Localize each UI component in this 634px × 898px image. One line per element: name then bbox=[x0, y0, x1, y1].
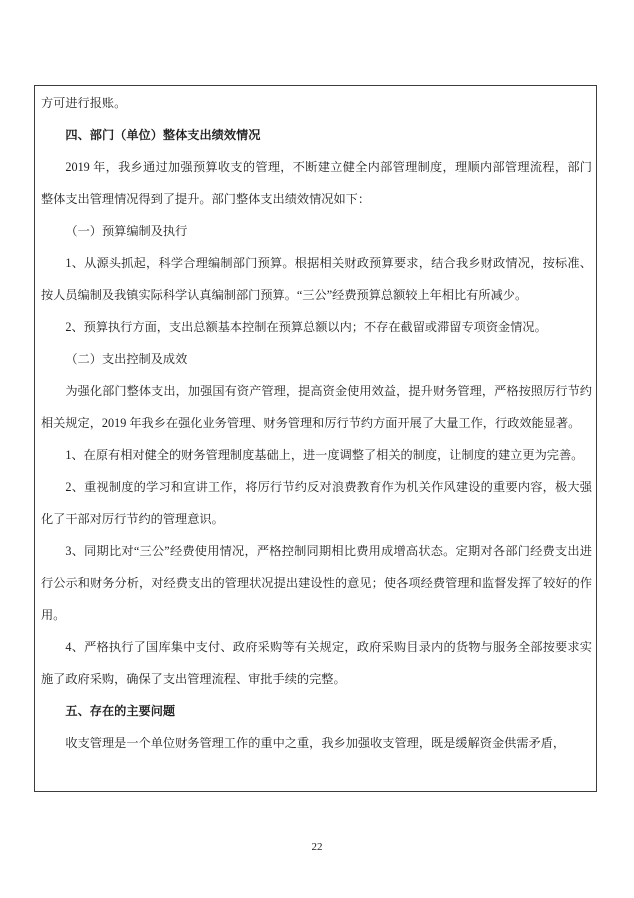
paragraph: 4、严格执行了国库集中支付、政府采购等有关规定，政府采购目录内的货物与服务全部按… bbox=[41, 631, 592, 695]
paragraph: （一）预算编制及执行 bbox=[41, 215, 592, 247]
paragraph: 2019 年，我乡通过加强预算收支的管理，不断建立健全内部管理制度，理顺内部管理… bbox=[41, 151, 592, 215]
paragraph: 收支管理是一个单位财务管理工作的重中之重，我乡加强收支管理，既是缓解资金供需矛盾… bbox=[41, 727, 592, 759]
document-page: 方可进行报账。四、部门（单位）整体支出绩效情况2019 年，我乡通过加强预算收支… bbox=[0, 0, 634, 898]
paragraph: 1、在原有相对健全的财务管理制度基础上，进一度调整了相关的制度，让制度的建立更为… bbox=[41, 439, 592, 471]
paragraph: 1、从源头抓起，科学合理编制部门预算。根据相关财政预算要求，结合我乡财政情况，按… bbox=[41, 247, 592, 311]
page-footer: 22 bbox=[0, 837, 634, 855]
document-body: 方可进行报账。四、部门（单位）整体支出绩效情况2019 年，我乡通过加强预算收支… bbox=[41, 87, 592, 759]
paragraph: （二）支出控制及成效 bbox=[41, 343, 592, 375]
paragraph: 为强化部门整体支出，加强国有资产管理，提高资金使用效益，提升财务管理，严格按照厉… bbox=[41, 375, 592, 439]
paragraph: 2、重视制度的学习和宣讲工作，将厉行节约反对浪费教育作为机关作风建设的重要内容，… bbox=[41, 471, 592, 535]
paragraph: 2、预算执行方面，支出总额基本控制在预算总额以内；不存在截留或滞留专项资金情况。 bbox=[41, 311, 592, 343]
page-number: 22 bbox=[312, 841, 323, 853]
paragraph: 3、同期比对“三公”经费使用情况，严格控制同期相比费用成增高状态。定期对各部门经… bbox=[41, 535, 592, 631]
paragraph: 方可进行报账。 bbox=[41, 87, 592, 119]
paragraph: 四、部门（单位）整体支出绩效情况 bbox=[41, 119, 592, 151]
paragraph: 五、存在的主要问题 bbox=[41, 695, 592, 727]
content-border-box: 方可进行报账。四、部门（单位）整体支出绩效情况2019 年，我乡通过加强预算收支… bbox=[34, 85, 597, 792]
